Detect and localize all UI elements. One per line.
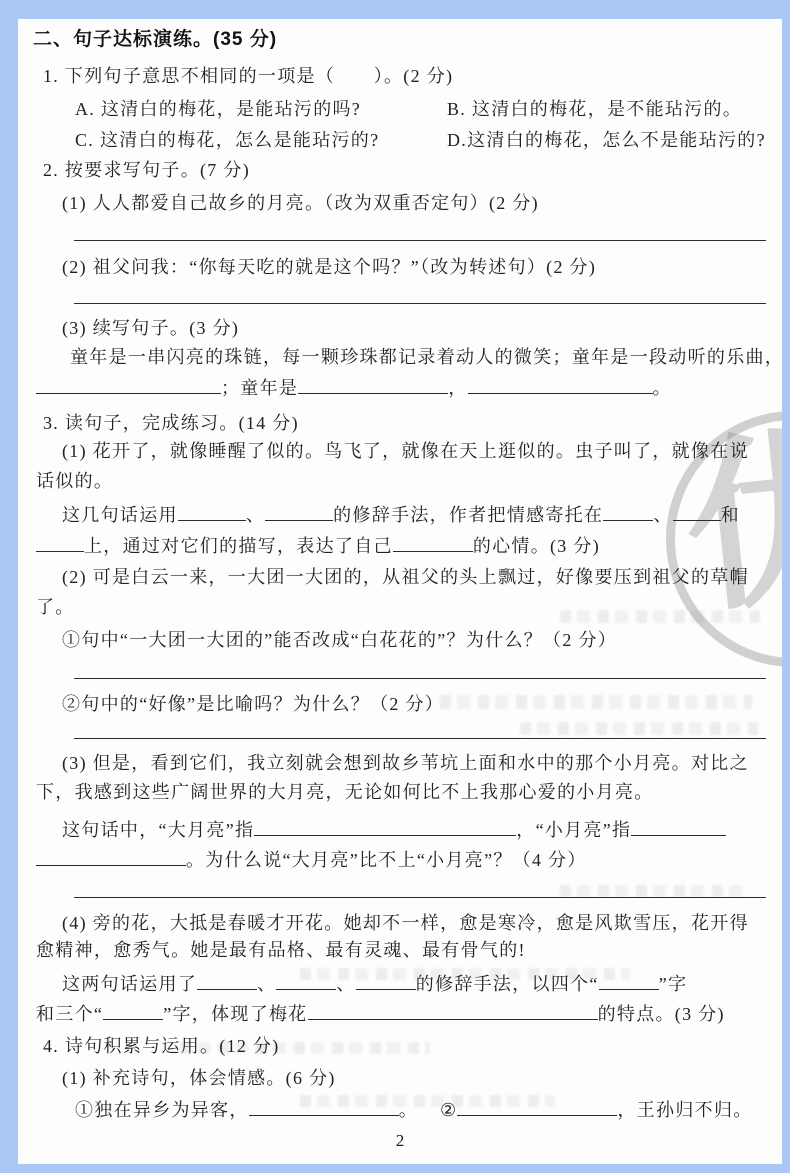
ink-bleed-artifact [520, 722, 758, 735]
q1-option-c: C. 这清白的梅花，怎么是能玷污的? [75, 129, 379, 151]
q3-s3-passage-2: 下，我感到这些广阔世界的大月亮，无论如何比不上我那心爱的小月亮。 [36, 781, 654, 803]
answer-rule [74, 678, 766, 679]
section-title: 二、句子达标演练。(35 分) [33, 29, 277, 51]
answer-rule [74, 303, 766, 304]
cloze-text: 的修辞手法，作者把情感寄托在 [333, 505, 603, 525]
cloze-text: ，“小月亮”指 [516, 820, 631, 840]
verse-text: ② [440, 1100, 457, 1120]
q3-s2-passage-2: 了。 [36, 596, 75, 618]
cloze-text: 、 [336, 974, 355, 994]
fill-blank [603, 505, 653, 521]
q3-s2-sub2: ②句中的“好像”是比喻吗？为什么？（2 分） [62, 693, 444, 715]
fill-blank [276, 974, 336, 990]
q4-item1: (1) 补充诗句，体会情感。(6 分) [62, 1067, 336, 1089]
cloze-text: 的心情。(3 分) [473, 536, 600, 556]
q3-s3-cloze-2: 。为什么说“大月亮”比不上“小月亮”？（4 分） [36, 849, 587, 871]
q2-stem: 2. 按要求写句子。(7 分) [43, 159, 250, 181]
fill-blank [298, 378, 448, 394]
fill-blank [631, 820, 726, 836]
answer-rule [74, 240, 766, 241]
cloze-text: 的特点。(3 分) [598, 1004, 725, 1024]
q2-item1: (1) 人人都爱自己故乡的月亮。（改为双重否定句）(2 分) [62, 192, 539, 214]
fill-blank [178, 505, 246, 521]
answer-rule [74, 738, 766, 739]
q4-stem: 4. 诗句积累与运用。(12 分) [43, 1035, 280, 1057]
q2-item3-seg1: ；童年是 [221, 378, 298, 398]
verse-text: 。 [399, 1100, 418, 1120]
cloze-text: 和 [721, 505, 740, 525]
cloze-text: 这几句话运用 [62, 505, 178, 525]
cloze-text: 上，通过对它们的描写，表达了自己 [84, 536, 393, 556]
cloze-text: 、 [257, 974, 276, 994]
q3-s3-cloze-1: 这句话中，“大月亮”指，“小月亮”指 [62, 819, 726, 841]
fill-blank [457, 1100, 617, 1116]
fill-blank [468, 378, 653, 394]
cloze-text: 、 [246, 505, 265, 525]
q1-option-b: B. 这清白的梅花，是不能玷污的。 [447, 98, 742, 120]
fill-blank [599, 974, 659, 990]
q3-s2-passage-1: (2) 可是白云一来，一大团一大团的，从祖父的头上飘过，好像要压到祖父的草帽 [62, 566, 749, 588]
page-number: 2 [18, 1131, 782, 1151]
verse-text: ，王孙归不归。 [617, 1100, 752, 1120]
q3-s1-cloze-1: 这几句话运用、的修辞手法，作者把情感寄托在、和 [62, 504, 740, 526]
q3-s1-cloze-2: 上，通过对它们的描写，表达了自己的心情。(3 分) [36, 535, 600, 557]
verse-text: ①独在异乡为异客， [75, 1100, 249, 1120]
cloze-text: 的修辞手法，以四个“ [416, 974, 599, 994]
fill-blank [673, 505, 721, 521]
ink-bleed-artifact [440, 695, 752, 709]
cloze-text: 这两句话运用了 [62, 974, 197, 994]
q3-s4-cloze-1: 这两句话运用了、、的修辞手法，以四个“”字 [62, 973, 687, 995]
q2-item2: (2) 祖父问我：“你每天吃的就是这个吗？”（改为转述句）(2 分) [62, 256, 596, 278]
q3-s2-sub1: ①句中“一大团一大团的”能否改成“白花花的”？为什么？（2 分） [62, 629, 617, 651]
cloze-text: 。为什么说“大月亮”比不上“小月亮”？（4 分） [186, 850, 587, 870]
cloze-text: ”字 [659, 974, 688, 994]
cloze-text: 和三个“ [36, 1004, 103, 1024]
q3-s1-passage-2: 话似的。 [36, 470, 113, 492]
q2-item3: (3) 续写句子。(3 分) [62, 317, 239, 339]
q3-s4-passage-1: (4) 旁的花，大抵是春暖才开花。她却不一样，愈是寒冷，愈是风欺雪压，花开得 [62, 912, 749, 934]
fill-blank [254, 820, 516, 836]
fill-blank [249, 1100, 399, 1116]
fill-blank [36, 378, 221, 394]
fill-blank [393, 536, 473, 552]
scanned-test-page: 优 二、句子达标演练。(35 分) 1. 下列句子意思不相同的一项是（ ）。(2… [18, 19, 782, 1164]
fill-blank [197, 974, 257, 990]
q1-stem: 1. 下列句子意思不相同的一项是（ ）。(2 分) [43, 65, 453, 87]
screenshot-root: { "page": { "number": "2" }, "watermark"… [0, 0, 790, 1173]
q2-item3-seg2: ， [448, 378, 467, 398]
q2-item3-passage: 童年是一串闪亮的珠链，每一颗珍珠都记录着动人的微笑；童年是一段动听的乐曲， [70, 346, 782, 368]
q2-item3-blanks: ；童年是，。 [36, 377, 672, 399]
cloze-text: 这句话中，“大月亮”指 [62, 820, 254, 840]
q4-verse-line: ①独在异乡为异客，。②，王孙归不归。 [75, 1099, 753, 1121]
q3-s3-passage-1: (3) 但是，看到它们，我立刻就会想到故乡苇坑上面和水中的那个小月亮。对比之 [62, 752, 749, 774]
fill-blank [103, 1004, 163, 1020]
fill-blank [36, 850, 186, 866]
cloze-text: 、 [653, 505, 672, 525]
q1-option-d: D.这清白的梅花，怎么不是能玷污的? [447, 129, 766, 151]
fill-blank [265, 505, 333, 521]
fill-blank [308, 1004, 598, 1020]
ink-bleed-artifact [560, 885, 750, 897]
q3-s4-passage-2: 愈精神，愈秀气。她是最有品格、最有灵魂、最有骨气的! [36, 939, 526, 961]
q3-s1-passage-1: (1) 花开了，就像睡醒了似的。鸟飞了，就像在天上逛似的。虫子叫了，就像在说 [62, 440, 749, 462]
q3-s4-cloze-2: 和三个“”字，体现了梅花的特点。(3 分) [36, 1003, 725, 1025]
fill-blank [36, 536, 84, 552]
q2-item3-seg3: 。 [653, 378, 672, 398]
q1-option-a: A. 这清白的梅花，是能玷污的吗? [75, 98, 361, 120]
ink-bleed-artifact [560, 610, 760, 623]
q3-stem: 3. 读句子，完成练习。(14 分) [43, 412, 299, 434]
fill-blank [356, 974, 416, 990]
answer-rule [74, 897, 766, 898]
cloze-text: ”字，体现了梅花 [163, 1004, 307, 1024]
